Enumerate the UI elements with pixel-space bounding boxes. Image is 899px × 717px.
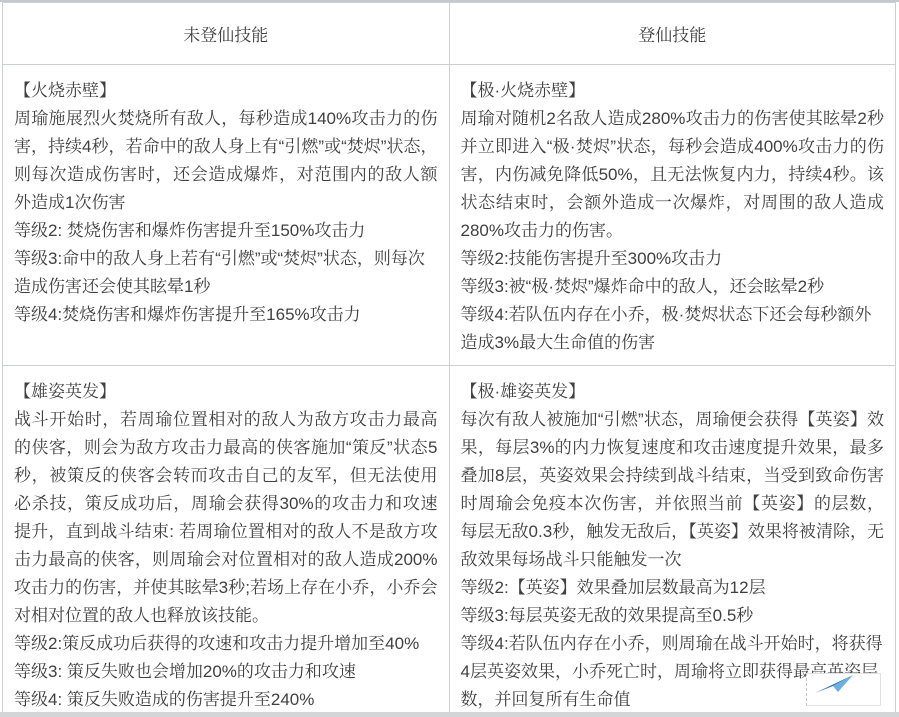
skill-title: 【火烧赤壁】 bbox=[14, 77, 438, 105]
skill-description: 每次有敌人被施加“引燃”状态，周瑜便会获得【英姿】效果，每层3%的内力恢复速度和… bbox=[461, 406, 885, 574]
skill-level-4: 等级4:焚烧伤害和爆炸伤害提升至165%攻击力 bbox=[14, 301, 438, 329]
floating-arrow-widget[interactable] bbox=[806, 673, 881, 706]
skill-title: 【雄姿英发】 bbox=[14, 378, 438, 406]
table-row: 【雄姿英发】 战斗开始时，若周瑜位置相对的敌人为敌方攻击力最高的侠客，则会为敌方… bbox=[3, 366, 896, 717]
skill-level-2: 等级2: 焚烧伤害和爆炸伤害提升至150%攻击力 bbox=[14, 217, 438, 245]
column-header-pre-ascension: 未登仙技能 bbox=[3, 3, 450, 65]
skill-title: 【极·火烧赤壁】 bbox=[461, 77, 885, 105]
skill-level-3: 等级3:被“极·焚烬”爆炸命中的敌人，还会眩晕2秒 bbox=[461, 273, 885, 301]
skill-cell-xiongzi-yingfa: 【雄姿英发】 战斗开始时，若周瑜位置相对的敌人为敌方攻击力最高的侠客，则会为敌方… bbox=[3, 366, 450, 717]
page-bottom-edge bbox=[0, 712, 899, 717]
skill-level-2: 等级2:技能伤害提升至300%攻击力 bbox=[461, 245, 885, 273]
skill-title: 【极·雄姿英发】 bbox=[461, 378, 885, 406]
skill-description: 周瑜对随机2名敌人造成280%攻击力的伤害使其眩晕2秒并立即进入“极·焚烬”状态… bbox=[461, 105, 885, 245]
skill-level-2: 等级2:【英姿】效果叠加层数最高为12层 bbox=[461, 574, 885, 602]
skill-cell-huoshao-chibi: 【火烧赤壁】 周瑜施展烈火焚烧所有敌人，每秒造成140%攻击力的伤害，持续4秒，… bbox=[3, 65, 450, 366]
table-row: 【火烧赤壁】 周瑜施展烈火焚烧所有敌人，每秒造成140%攻击力的伤害，持续4秒，… bbox=[3, 65, 896, 366]
skill-level-4: 等级4:若队伍内存在小乔，极·焚烬状态下还会每秒额外造成3%最大生命值的伤害 bbox=[461, 301, 885, 357]
header-row: 未登仙技能 登仙技能 bbox=[3, 3, 896, 65]
skill-cell-ji-xiongzi-yingfa: 【极·雄姿英发】 每次有敌人被施加“引燃”状态，周瑜便会获得【英姿】效果，每层3… bbox=[449, 366, 896, 717]
skill-cell-ji-huoshao-chibi: 【极·火烧赤壁】 周瑜对随机2名敌人造成280%攻击力的伤害使其眩晕2秒并立即进… bbox=[449, 65, 896, 366]
skill-level-2: 等级2:策反成功后获得的攻速和攻击力提升增加至40% bbox=[14, 630, 438, 658]
skill-level-3: 等级3: 策反失败也会增加20%的攻击力和攻速 bbox=[14, 658, 438, 686]
skill-level-4: 等级4: 策反失败造成的伤害提升至240% bbox=[14, 686, 438, 714]
skill-comparison-page: 未登仙技能 登仙技能 【火烧赤壁】 周瑜施展烈火焚烧所有敌人，每秒造成140%攻… bbox=[0, 0, 899, 717]
skill-comparison-table: 未登仙技能 登仙技能 【火烧赤壁】 周瑜施展烈火焚烧所有敌人，每秒造成140%攻… bbox=[2, 2, 896, 717]
skill-description: 周瑜施展烈火焚烧所有敌人，每秒造成140%攻击力的伤害，持续4秒，若命中的敌人身… bbox=[14, 105, 438, 217]
column-header-ascension: 登仙技能 bbox=[449, 3, 896, 65]
skill-description: 战斗开始时，若周瑜位置相对的敌人为敌方攻击力最高的侠客，则会为敌方攻击力最高的侠… bbox=[14, 406, 438, 630]
skill-level-3: 等级3:每层英姿无敌的效果提高至0.5秒 bbox=[461, 602, 885, 630]
skill-level-3: 等级3:命中的敌人身上若有“引燃”或“焚烬”状态，则每次造成伤害还会使其眩晕1秒 bbox=[14, 245, 438, 301]
